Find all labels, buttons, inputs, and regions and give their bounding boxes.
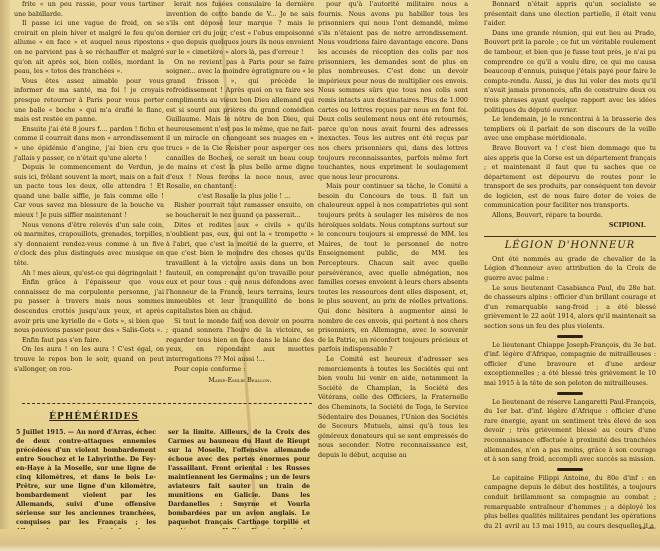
legion-intro: Ont été nommés au grade de chevalier de … xyxy=(484,255,656,284)
paragraph: On ne revient pas à Paris pour se faire … xyxy=(166,58,314,192)
ornament-divider xyxy=(557,468,583,471)
paragraph: Le Comité est heureux d'adresser ses rem… xyxy=(318,355,468,461)
paragraph: Enfin faut pas s'en faire. xyxy=(14,336,164,346)
paragraph: Mais pour continuer sa tâche, le Comité … xyxy=(318,182,468,355)
letter-signature: Marie-Emilie Beallon. xyxy=(166,376,314,386)
column-2-letter: lerait nos fusées consulaire la dernière… xyxy=(166,0,314,386)
paragraph: Enfin grâce à l'épaisseur que vous conna… xyxy=(14,278,164,336)
paragraph: On les aura ! on les aura ! C'est égal, … xyxy=(14,345,164,374)
ornament-divider xyxy=(557,392,583,395)
ephemerides-heading: ÉPHÉMÉRIDES xyxy=(44,412,144,422)
song-line: c'est Rosalie la plus jolie ! ... xyxy=(166,192,314,202)
paragraph: Nous venons d'être relevés d'un sale coi… xyxy=(14,221,164,269)
legion-honneur-heading: LÉGION D'HONNEUR xyxy=(484,236,656,251)
paragraph: Dans une grande réunion, qui eut lieu au… xyxy=(484,29,656,115)
citation: Le lieutenant de réserve Langaretti Paul… xyxy=(484,398,656,465)
paragraph: lerait nos fusées consulaire la dernière… xyxy=(166,0,314,58)
paragraph: Ensuite j'ai été 8 jours f.... pardon ! … xyxy=(14,125,164,163)
newspaper-page: frite « un peu rassie, pour vous tartine… xyxy=(0,0,660,551)
ephemerides-divider xyxy=(22,403,312,408)
paragraph: Il passe ici une vague de froid, on se c… xyxy=(14,19,164,77)
article-author: SCIPIONI. xyxy=(484,221,646,231)
citation: Le sous lieutenant Casabianca Paul, du 2… xyxy=(484,284,656,332)
paragraph: Vous êtes assez aimable pour vous inform… xyxy=(14,77,164,125)
ornament-divider xyxy=(557,335,583,338)
paragraph: Dites et redites aux « civils » qu'ils n… xyxy=(166,221,314,317)
paragraph: Si tout le monde fait son devoir on pour… xyxy=(166,317,314,365)
ephemerides-text-left: 5 Juillet 1915. — Au nord d'Arras, échec… xyxy=(16,428,156,545)
column-1-letter: frite « un peu rassie, pour vous tartine… xyxy=(14,0,164,374)
paragraph: Brave Bouvert va ! c'est bien dommage qu… xyxy=(484,144,656,211)
column-3-committee: pour qu'à l'autorité militaire nous a fo… xyxy=(318,0,468,461)
column-4: Bonnard n'était appris qu'un socialiste … xyxy=(484,0,656,550)
paragraph: Bonnard n'était appris qu'un socialiste … xyxy=(484,0,656,29)
paragraph: Ah ! mes aïeux, qu'est-ce qui dégringola… xyxy=(14,269,164,279)
paragraph: Le lendemain, je le rencontrai à la bras… xyxy=(484,115,656,144)
paragraph: Pour copie conforme : xyxy=(166,365,314,375)
paragraph: pour qu'à l'autorité militaire nous a fo… xyxy=(318,0,468,182)
citation: Le lieutenant Chiappe Joseph-François, d… xyxy=(484,341,656,389)
paragraph: Depuis le commencement de Verdun, je sui… xyxy=(14,163,164,221)
paper-edge-bottom xyxy=(0,529,660,551)
paper-edge xyxy=(0,0,10,551)
paragraph: Risher pourrait tout ramasser ensuite, o… xyxy=(166,201,314,220)
paragraph: Allons, Bouvert, répare ta bourde. xyxy=(484,211,656,221)
paragraph: frite « un peu rassie, pour vous tartine… xyxy=(14,0,164,19)
